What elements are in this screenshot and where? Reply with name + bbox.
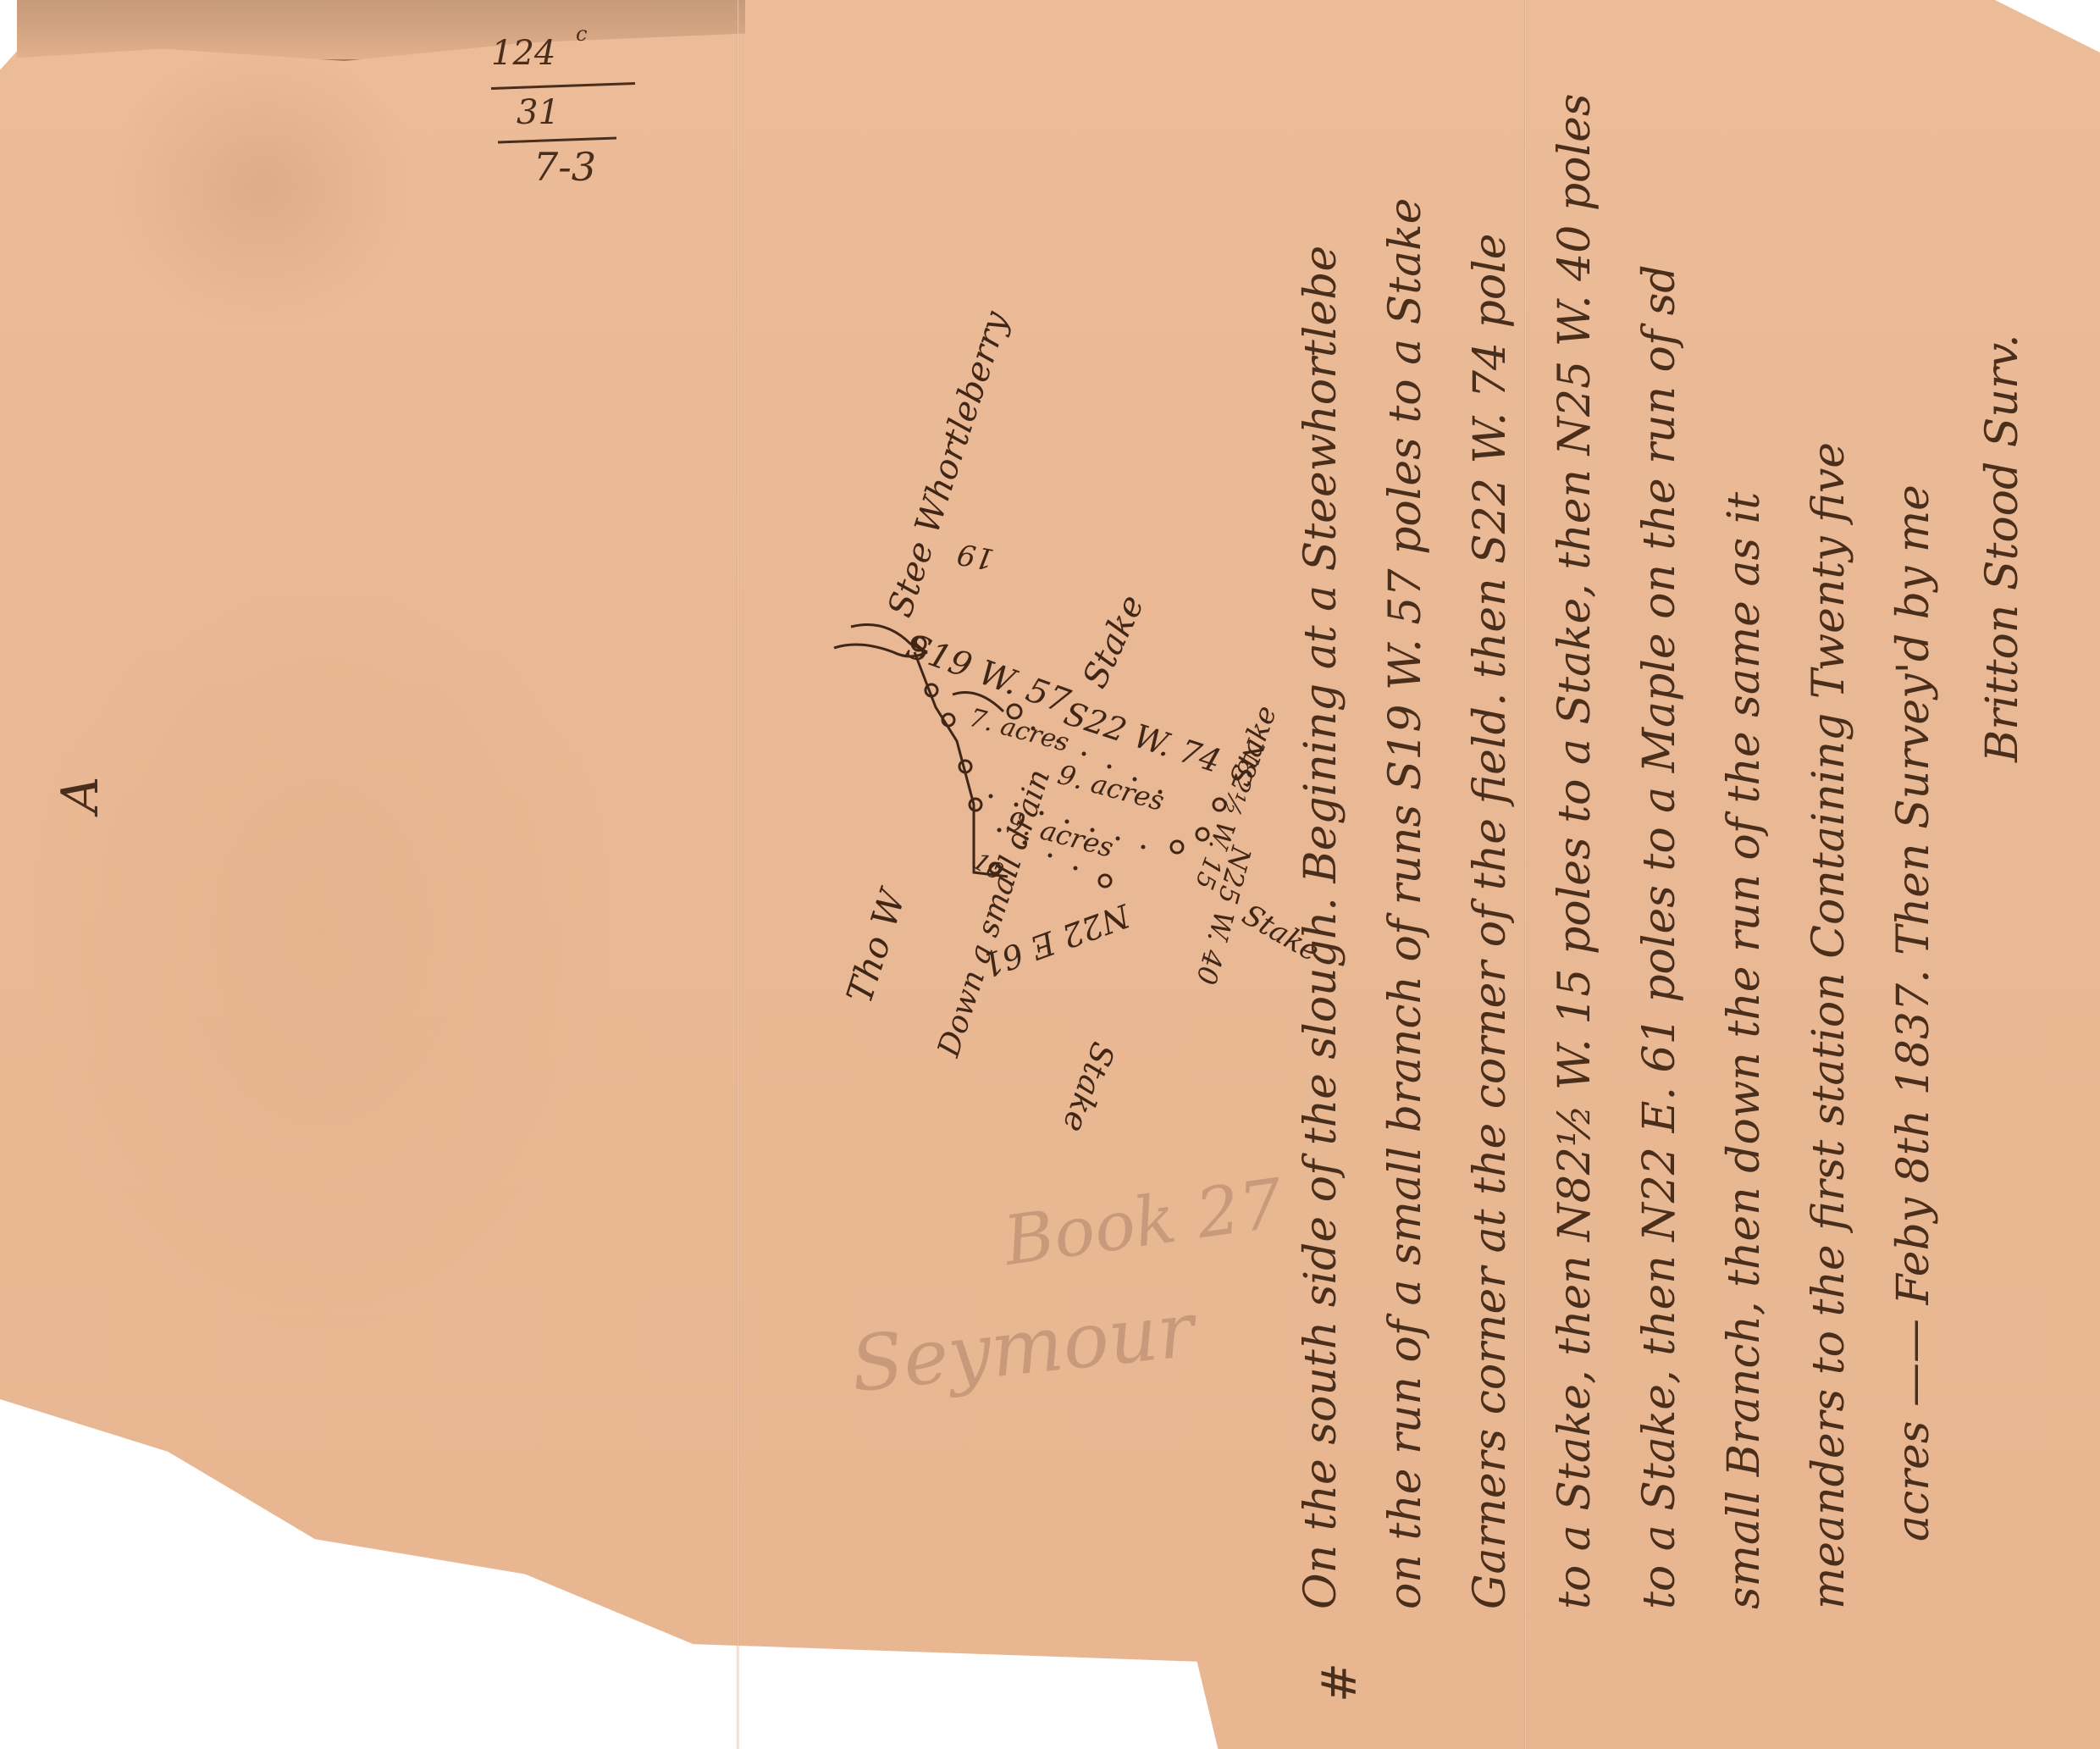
calc-line-1: 124 (491, 34, 555, 73)
margin-mark-bottom: # (1312, 1663, 1368, 1702)
survey-text-line-1: On the south side of the slough. Beginin… (1296, 246, 1346, 1609)
fold-crease-right (1524, 0, 1527, 1749)
survey-text-line-4: to a Stake, then N82½ W. 15 poles to a S… (1550, 93, 1600, 1609)
survey-text-line-7: meanders to the first station Containing… (1804, 442, 1854, 1609)
survey-text-line-6: small Branch, then down the run of the s… (1719, 492, 1770, 1609)
survey-text-line-8: acres —— Feby 8th 1837. Then Survey'd by… (1888, 484, 1939, 1541)
survey-text-line-3: Garners corner at the corner of the fiel… (1465, 233, 1516, 1609)
calc-superscript: c (576, 22, 587, 46)
fold-crease-left (737, 0, 739, 1749)
survey-text-line-5: to a Stake, then N22 E. 61 poles to a Ma… (1634, 264, 1685, 1609)
plat-label-course1-number: 19 (954, 536, 997, 576)
left-margin-mark: A (51, 777, 110, 813)
calc-line-2: 31 (517, 93, 560, 132)
survey-text-line-2: on the run of a small branch of runs S19… (1380, 198, 1431, 1609)
calc-line-3: 7-3 (533, 144, 596, 190)
surveyor-signature: Britton Stood Surv. (1977, 335, 2028, 762)
